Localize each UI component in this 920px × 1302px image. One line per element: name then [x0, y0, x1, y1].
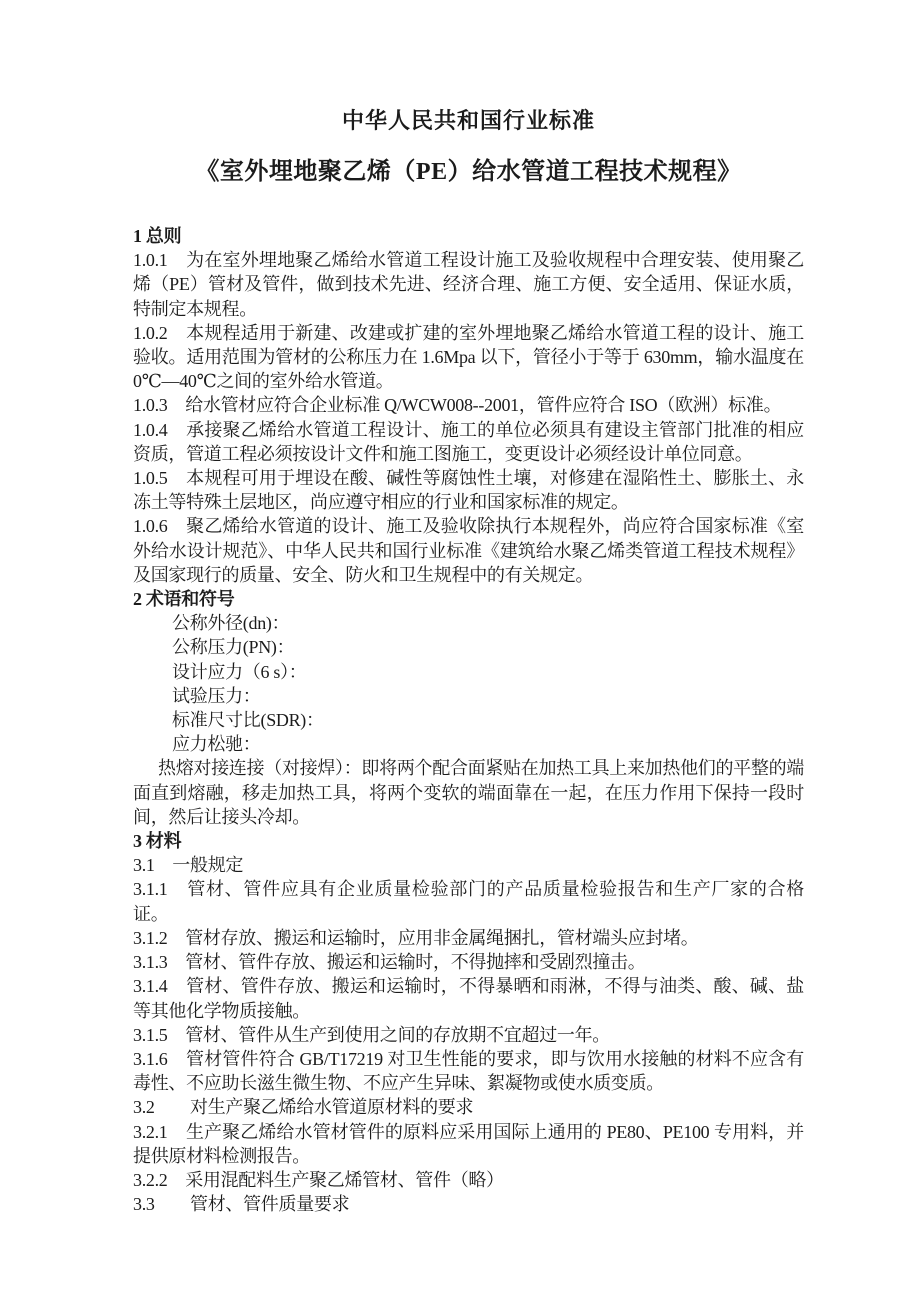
term-test-pressure: 试验压力： — [133, 684, 804, 708]
paragraph-butt-fusion-definition: 热熔对接连接（对接焊）：即将两个配合面紧贴在加热工具上来加热他们的平整的端面直到… — [133, 756, 804, 829]
paragraph-3-1-5: 3.1.5 管材、管件从生产到使用之间的存放期不宜超过一年。 — [133, 1023, 804, 1047]
paragraph-1-0-6: 1.0.6 聚乙烯给水管道的设计、施工及验收除执行本规程外，尚应符合国家标准《室… — [133, 514, 804, 587]
paragraph-3-2: 3.2 对生产聚乙烯给水管道原材料的要求 — [133, 1095, 804, 1119]
term-nominal-pressure: 公称压力(PN)： — [133, 635, 804, 659]
doc-body: 1 总则 1.0.1 为在室外埋地聚乙烯给水管道工程设计施工及验收规程中合理安装… — [133, 224, 804, 1216]
paragraph-3-2-2: 3.2.2 采用混配料生产聚乙烯管材、管件（略） — [133, 1168, 804, 1192]
paragraph-3-3: 3.3 管材、管件质量要求 — [133, 1192, 804, 1216]
document-page: 中华人民共和国行业标准 《室外埋地聚乙烯（PE）给水管道工程技术规程》 1 总则… — [0, 0, 920, 1302]
paragraph-1-0-5: 1.0.5 本规程可用于埋设在酸、碱性等腐蚀性土壤，对修建在湿陷性土、膨胀土、永… — [133, 466, 804, 514]
term-nominal-outer-diameter: 公称外径(dn)： — [133, 611, 804, 635]
doc-title: 中华人民共和国行业标准 — [133, 106, 804, 136]
paragraph-3-1-3: 3.1.3 管材、管件存放、搬运和运输时，不得抛摔和受剧烈撞击。 — [133, 950, 804, 974]
section-3-heading: 3 材料 — [133, 829, 804, 853]
paragraph-3-1-1: 3.1.1 管材、管件应具有企业质量检验部门的产品质量检验报告和生产厂家的合格证… — [133, 877, 804, 925]
paragraph-1-0-4: 1.0.4 承接聚乙烯给水管道工程设计、施工的单位必须具有建设主管部门批准的相应… — [133, 418, 804, 466]
paragraph-1-0-3: 1.0.3 给水管材应符合企业标准 Q/WCW008--2001，管件应符合 I… — [133, 393, 804, 417]
paragraph-1-0-1: 1.0.1 为在室外埋地聚乙烯给水管道工程设计施工及验收规程中合理安装、使用聚乙… — [133, 248, 804, 321]
paragraph-3-2-1: 3.2.1 生产聚乙烯给水管材管件的原料应采用国际上通用的 PE80、PE100… — [133, 1120, 804, 1168]
section-1-heading: 1 总则 — [133, 224, 804, 248]
paragraph-1-0-2: 1.0.2 本规程适用于新建、改建或扩建的室外埋地聚乙烯给水管道工程的设计、施工… — [133, 321, 804, 394]
paragraph-3-1-2: 3.1.2 管材存放、搬运和运输时，应用非金属绳捆扎，管材端头应封堵。 — [133, 926, 804, 950]
paragraph-3-1-4: 3.1.4 管材、管件存放、搬运和运输时，不得暴晒和雨淋，不得与油类、酸、碱、盐… — [133, 974, 804, 1022]
term-stress-relaxation: 应力松驰： — [133, 732, 804, 756]
doc-subtitle: 《室外埋地聚乙烯（PE）给水管道工程技术规程》 — [133, 156, 804, 188]
section-2-heading: 2 术语和符号 — [133, 587, 804, 611]
term-standard-dimension-ratio: 标准尺寸比(SDR)： — [133, 708, 804, 732]
term-design-stress: 设计应力（6 s）： — [133, 660, 804, 684]
paragraph-3-1-6: 3.1.6 管材管件符合 GB/T17219 对卫生性能的要求，即与饮用水接触的… — [133, 1047, 804, 1095]
paragraph-3-1: 3.1 一般规定 — [133, 853, 804, 877]
